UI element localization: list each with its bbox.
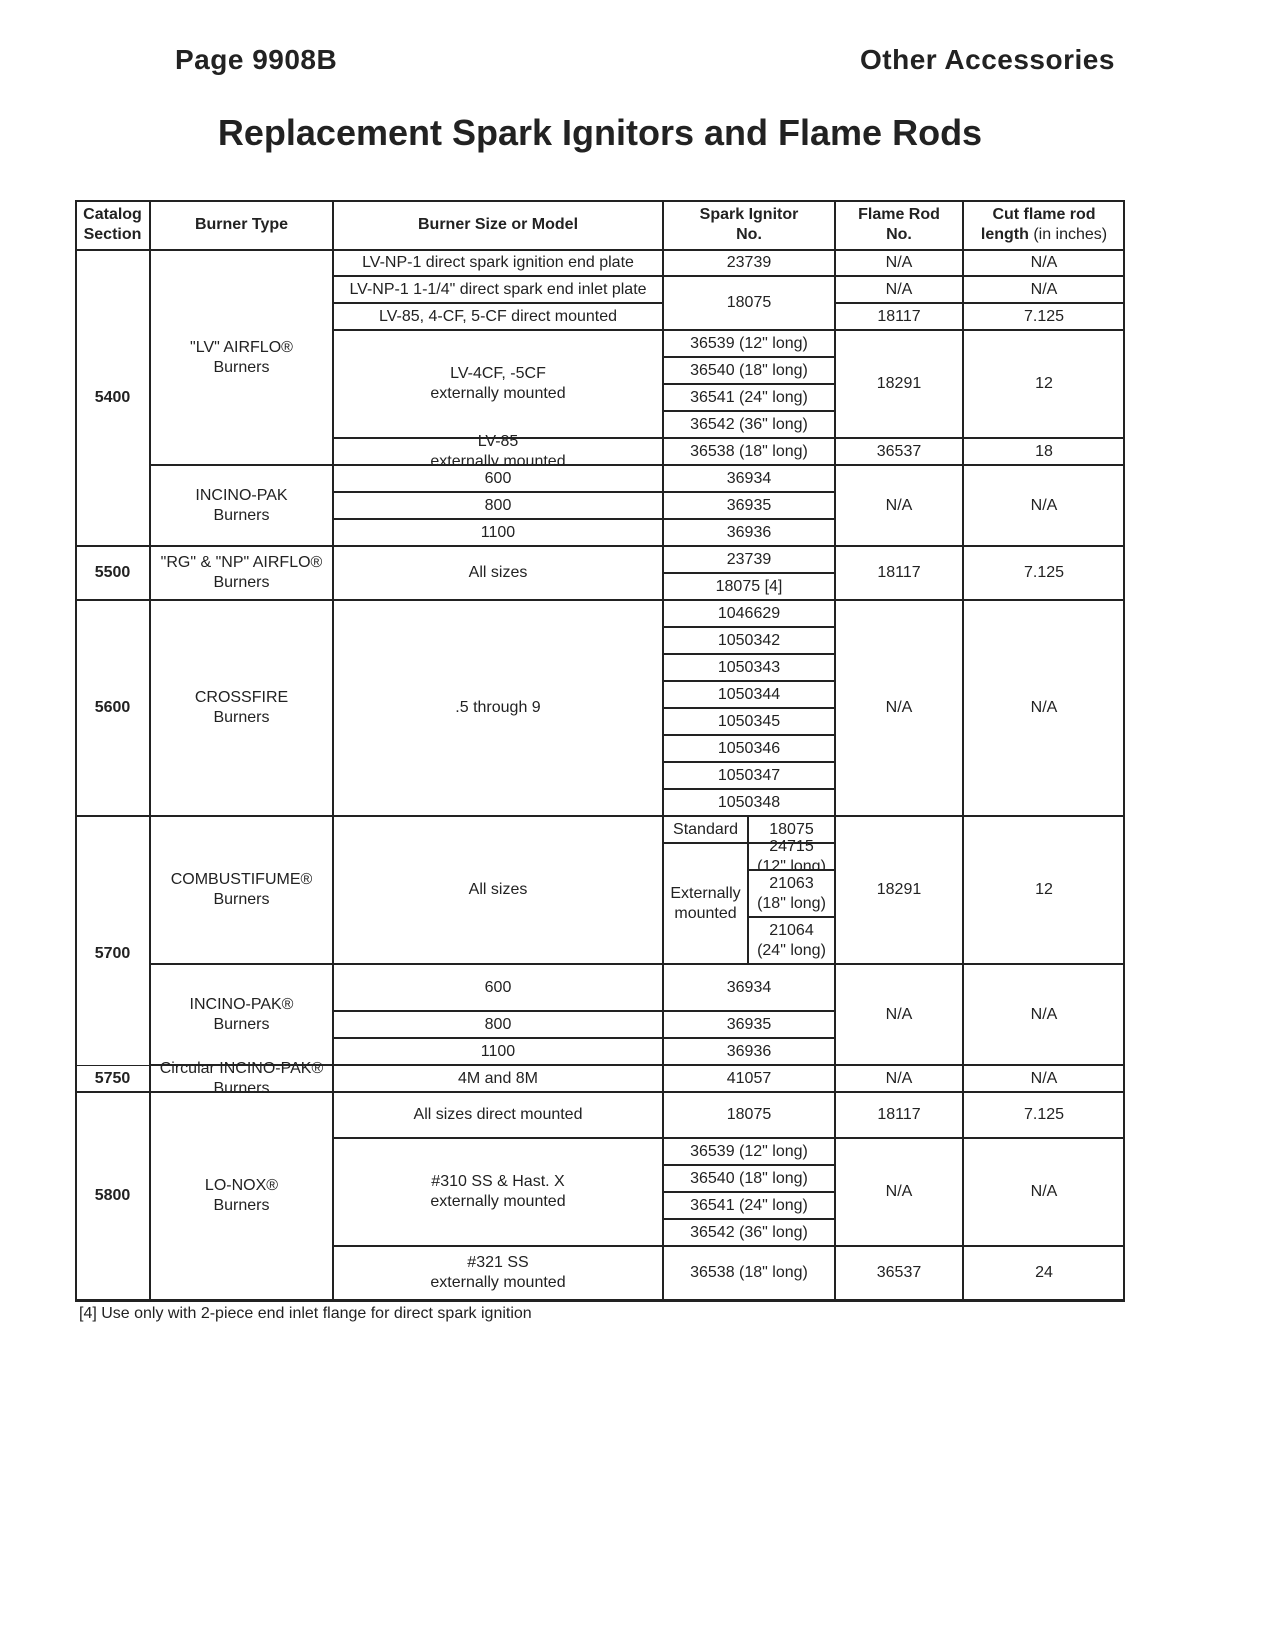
cell-text: "RG" & "NP" AIRFLO®Burners xyxy=(161,553,323,593)
cell-text: N/A xyxy=(1031,496,1058,516)
cell-text: N/A xyxy=(886,253,913,273)
spark-ignitor: 1050344 xyxy=(663,681,835,708)
burner-model: 600 xyxy=(333,964,663,1011)
cell-text: 21064(24" long) xyxy=(757,921,826,961)
spark-ignitor: 1050346 xyxy=(663,735,835,762)
cell-text: LV-NP-1 1-1/4" direct spark end inlet pl… xyxy=(349,280,646,300)
cell-text: N/A xyxy=(886,280,913,300)
cut-length: N/A xyxy=(963,1065,1125,1092)
header-burner-size: Burner Size or Model xyxy=(333,200,663,250)
spark-ignitor: 36935 xyxy=(663,1011,835,1038)
cell-text: CatalogSection xyxy=(83,205,142,245)
cell-text: 7.125 xyxy=(1024,307,1064,327)
cell-text: 18075 xyxy=(727,293,772,313)
spark-ignitor: 18075 [4] xyxy=(663,573,835,600)
cell-text: 36935 xyxy=(727,496,772,516)
cell-text: 5750 xyxy=(95,1069,131,1089)
cell-text: 36538 (18" long) xyxy=(690,1263,808,1283)
burner-type: INCINO-PAK®Burners xyxy=(150,964,333,1065)
cell-text: 36542 (36" long) xyxy=(690,415,808,435)
cell-text: N/A xyxy=(886,1182,913,1202)
cut-length: 7.125 xyxy=(963,546,1125,600)
flame-rod: N/A xyxy=(835,276,963,303)
spark-ignitor: 18075 xyxy=(663,276,835,330)
cell-text: 7.125 xyxy=(1024,1105,1064,1125)
cell-text: CROSSFIREBurners xyxy=(195,688,288,728)
cell-text: 36540 (18" long) xyxy=(690,1169,808,1189)
cut-length: 7.125 xyxy=(963,303,1125,330)
cell-text: N/A xyxy=(886,698,913,718)
cell-text: 36935 xyxy=(727,1015,772,1035)
catalog-section: 5500 xyxy=(75,546,150,600)
cell-text: 24 xyxy=(1035,1263,1053,1283)
cell-text: N/A xyxy=(1031,1069,1058,1089)
cell-text: All sizes direct mounted xyxy=(414,1105,583,1125)
cell-text: 36539 (12" long) xyxy=(690,334,808,354)
cut-length: N/A xyxy=(963,964,1125,1065)
cell-text: 23739 xyxy=(727,550,772,570)
cell-text: 36936 xyxy=(727,1042,772,1062)
spark-ignitor: 36539 (12" long) xyxy=(663,1138,835,1165)
burner-type: "RG" & "NP" AIRFLO®Burners xyxy=(150,546,333,600)
cell-text: Standard xyxy=(673,820,738,840)
cell-text: N/A xyxy=(1031,1182,1058,1202)
cell-text: Flame RodNo. xyxy=(858,205,940,245)
spark-ignitor: 1050345 xyxy=(663,708,835,735)
burner-model: LV-4CF, -5CFexternally mounted xyxy=(333,330,663,438)
flame-rod: N/A xyxy=(835,964,963,1065)
spark-ignitor-type: Externallymounted xyxy=(663,843,748,964)
cell-text: 4M and 8M xyxy=(458,1069,538,1089)
spark-ignitor: 23739 xyxy=(663,546,835,573)
burner-model: All sizes xyxy=(333,816,663,964)
spark-ignitor: 36936 xyxy=(663,519,835,546)
cell-text: N/A xyxy=(886,496,913,516)
cell-text: 7.125 xyxy=(1024,563,1064,583)
cell-text: .5 through 9 xyxy=(455,698,540,718)
spark-ignitor: 23739 xyxy=(663,250,835,276)
flame-rod: N/A xyxy=(835,600,963,816)
cell-text: 18117 xyxy=(877,307,920,327)
spark-ignitor: 36542 (36" long) xyxy=(663,1219,835,1246)
spark-ignitor: 41057 xyxy=(663,1065,835,1092)
catalog-section: 5600 xyxy=(75,600,150,816)
header-flame-rod: Flame RodNo. xyxy=(835,200,963,250)
spark-ignitor: 18075 xyxy=(663,1092,835,1138)
burner-model: LV-NP-1 1-1/4" direct spark end inlet pl… xyxy=(333,276,663,303)
spark-ignitor: 36540 (18" long) xyxy=(663,357,835,384)
cell-text: Spark IgnitorNo. xyxy=(700,205,799,245)
cell-text: All sizes xyxy=(469,563,528,583)
cell-text: Externallymounted xyxy=(670,884,740,924)
flame-rod: 18117 xyxy=(835,1092,963,1138)
burner-model: LV-NP-1 direct spark ignition end plate xyxy=(333,250,663,276)
flame-rod: N/A xyxy=(835,465,963,546)
cell-text: 36934 xyxy=(727,978,772,998)
burner-model: 600 xyxy=(333,465,663,492)
cell-text: #310 SS & Hast. Xexternally mounted xyxy=(430,1172,565,1212)
burner-model: #321 SSexternally mounted xyxy=(333,1246,663,1300)
flame-rod: 36537 xyxy=(835,438,963,465)
burner-type: COMBUSTIFUME®Burners xyxy=(150,816,333,964)
cell-text: 21063(18" long) xyxy=(757,874,826,914)
burner-model: 800 xyxy=(333,1011,663,1038)
spark-ignitor: 36538 (18" long) xyxy=(663,1246,835,1300)
burner-model: .5 through 9 xyxy=(333,600,663,816)
spark-ignitor-type: Standard xyxy=(663,816,748,843)
spark-ignitor: 24715(12" long) xyxy=(748,843,835,870)
cell-text: 18117 xyxy=(877,563,920,583)
spark-ignitor: 36540 (18" long) xyxy=(663,1165,835,1192)
page-number: Page 9908B xyxy=(175,44,337,76)
spark-ignitor: 21064(24" long) xyxy=(748,917,835,964)
spark-ignitor: 1050347 xyxy=(663,762,835,789)
cell-text: 1046629 xyxy=(718,604,780,624)
cell-text: 5600 xyxy=(95,698,131,718)
spark-ignitor: 1050348 xyxy=(663,789,835,816)
spark-ignitor: 1050342 xyxy=(663,627,835,654)
cell-text: 36936 xyxy=(727,523,772,543)
footnote: [4] Use only with 2-piece end inlet flan… xyxy=(79,1305,532,1323)
cell-text: 36541 (24" long) xyxy=(690,1196,808,1216)
cut-length: N/A xyxy=(963,1138,1125,1246)
catalog-section: 5700 xyxy=(75,816,150,1092)
burner-model: LV-85, 4-CF, 5-CF direct mounted xyxy=(333,303,663,330)
cell-text: 36539 (12" long) xyxy=(690,1142,808,1162)
burner-type: Circular INCINO-PAK®Burners xyxy=(150,1065,333,1092)
cell-text: 600 xyxy=(485,469,512,489)
catalog-section: 5800 xyxy=(75,1092,150,1300)
cell-text: Burner Type xyxy=(195,215,288,235)
cell-text: All sizes xyxy=(469,880,528,900)
cell-text: LV-85, 4-CF, 5-CF direct mounted xyxy=(379,307,617,327)
cell-text: 36934 xyxy=(727,469,772,489)
cell-text: N/A xyxy=(1031,280,1058,300)
cut-length: 24 xyxy=(963,1246,1125,1300)
burner-type: "LV" AIRFLO®Burners xyxy=(150,250,333,465)
cell-text: 36542 (36" long) xyxy=(690,1223,808,1243)
burner-model: 1100 xyxy=(333,519,663,546)
cut-length: N/A xyxy=(963,465,1125,546)
spark-ignitor: 36935 xyxy=(663,492,835,519)
header-catalog-section: CatalogSection xyxy=(75,200,150,250)
spark-ignitor: 36539 (12" long) xyxy=(663,330,835,357)
cell-text: 18291 xyxy=(877,374,922,394)
spark-ignitor: 1046629 xyxy=(663,600,835,627)
cell-text: N/A xyxy=(886,1005,913,1025)
cell-text: N/A xyxy=(1031,1005,1058,1025)
cell-text: 1050342 xyxy=(718,631,780,651)
cell-text: 18291 xyxy=(877,880,922,900)
page-title: Replacement Spark Ignitors and Flame Rod… xyxy=(0,112,1200,154)
spark-ignitor: 36542 (36" long) xyxy=(663,411,835,438)
cell-text: COMBUSTIFUME®Burners xyxy=(171,870,313,910)
burner-type: CROSSFIREBurners xyxy=(150,600,333,816)
catalog-section: 5400 xyxy=(75,250,150,546)
spark-ignitor: 36936 xyxy=(663,1038,835,1065)
cell-text: 800 xyxy=(485,496,512,516)
cell-text: 18117 xyxy=(877,1105,920,1125)
header-burner-type: Burner Type xyxy=(150,200,333,250)
burner-model: #310 SS & Hast. Xexternally mounted xyxy=(333,1138,663,1246)
cell-text: LV-4CF, -5CFexternally mounted xyxy=(430,364,565,404)
cut-length: 18 xyxy=(963,438,1125,465)
cut-length: N/A xyxy=(963,600,1125,816)
cell-text: Burner Size or Model xyxy=(418,215,578,235)
spark-ignitor: 36538 (18" long) xyxy=(663,438,835,465)
flame-rod: N/A xyxy=(835,1065,963,1092)
cell-text: "LV" AIRFLO®Burners xyxy=(190,338,293,378)
cell-text: INCINO-PAKBurners xyxy=(195,486,287,526)
cut-length: N/A xyxy=(963,250,1125,276)
section-title: Other Accessories xyxy=(860,44,1115,76)
flame-rod: N/A xyxy=(835,250,963,276)
cell-text: 1100 xyxy=(481,1042,515,1062)
cell-text: 5700 xyxy=(95,944,131,964)
cut-length: N/A xyxy=(963,276,1125,303)
cell-text: 1050345 xyxy=(718,712,780,732)
header-spark-ignitor: Spark IgnitorNo. xyxy=(663,200,835,250)
spark-ignitor: 1050343 xyxy=(663,654,835,681)
spark-ignitor: 36934 xyxy=(663,964,835,1011)
cell-text: 1050347 xyxy=(718,766,780,786)
cut-length: 7.125 xyxy=(963,1092,1125,1138)
burner-model: 4M and 8M xyxy=(333,1065,663,1092)
cell-text: 1100 xyxy=(481,523,515,543)
cell-text: 600 xyxy=(485,978,512,998)
flame-rod: 36537 xyxy=(835,1246,963,1300)
cell-text: 23739 xyxy=(727,253,772,273)
cell-text: LV-NP-1 direct spark ignition end plate xyxy=(362,253,634,273)
cell-text: INCINO-PAK®Burners xyxy=(190,995,294,1035)
burner-model: 800 xyxy=(333,492,663,519)
cell-text: 36537 xyxy=(877,1263,922,1283)
cell-text: 41057 xyxy=(727,1069,772,1089)
cell-text: 800 xyxy=(485,1015,512,1035)
cut-length: 12 xyxy=(963,816,1125,964)
burner-type: INCINO-PAKBurners xyxy=(150,465,333,546)
cell-text: 36537 xyxy=(877,442,922,462)
flame-rod: 18117 xyxy=(835,546,963,600)
spark-ignitor: 36934 xyxy=(663,465,835,492)
burner-model: All sizes direct mounted xyxy=(333,1092,663,1138)
burner-type: LO-NOX®Burners xyxy=(150,1092,333,1300)
cell-text: 1050343 xyxy=(718,658,780,678)
cell-text: 36541 (24" long) xyxy=(690,388,808,408)
flame-rod: 18291 xyxy=(835,330,963,438)
cell-text: 36538 (18" long) xyxy=(690,442,808,462)
cell-text: #321 SSexternally mounted xyxy=(430,1253,565,1293)
cell-text: 12 xyxy=(1035,374,1053,394)
cell-text: 18075 [4] xyxy=(716,577,783,597)
burner-model: All sizes xyxy=(333,546,663,600)
cell-text: 5800 xyxy=(95,1186,131,1206)
cell-text: 36540 (18" long) xyxy=(690,361,808,381)
flame-rod: 18291 xyxy=(835,816,963,964)
spark-ignitor: 21063(18" long) xyxy=(748,870,835,917)
burner-model: 1100 xyxy=(333,1038,663,1065)
flame-rod: 18117 xyxy=(835,303,963,330)
cell-text: 12 xyxy=(1035,880,1053,900)
burner-model: LV-85externally mounted xyxy=(333,438,663,465)
cell-text: Cut flame rodlength (in inches) xyxy=(981,205,1107,245)
spark-ignitor: 36541 (24" long) xyxy=(663,1192,835,1219)
catalog-section: 5750 xyxy=(75,1065,150,1092)
cell-text: 18 xyxy=(1035,442,1053,462)
cut-length: 12 xyxy=(963,330,1125,438)
spark-ignitor: 36541 (24" long) xyxy=(663,384,835,411)
flame-rod: N/A xyxy=(835,1138,963,1246)
cell-text: 1050346 xyxy=(718,739,780,759)
cell-text: 5500 xyxy=(95,563,131,583)
cell-text: 5400 xyxy=(95,388,131,408)
cell-text: N/A xyxy=(1031,253,1058,273)
cell-text: N/A xyxy=(1031,698,1058,718)
cell-text: LO-NOX®Burners xyxy=(205,1176,278,1216)
cell-text: 1050348 xyxy=(718,793,780,813)
header-cut-length: Cut flame rodlength (in inches) xyxy=(963,200,1125,250)
cell-text: N/A xyxy=(886,1069,913,1089)
cell-text: 18075 xyxy=(727,1105,772,1125)
cell-text: 1050344 xyxy=(718,685,780,705)
